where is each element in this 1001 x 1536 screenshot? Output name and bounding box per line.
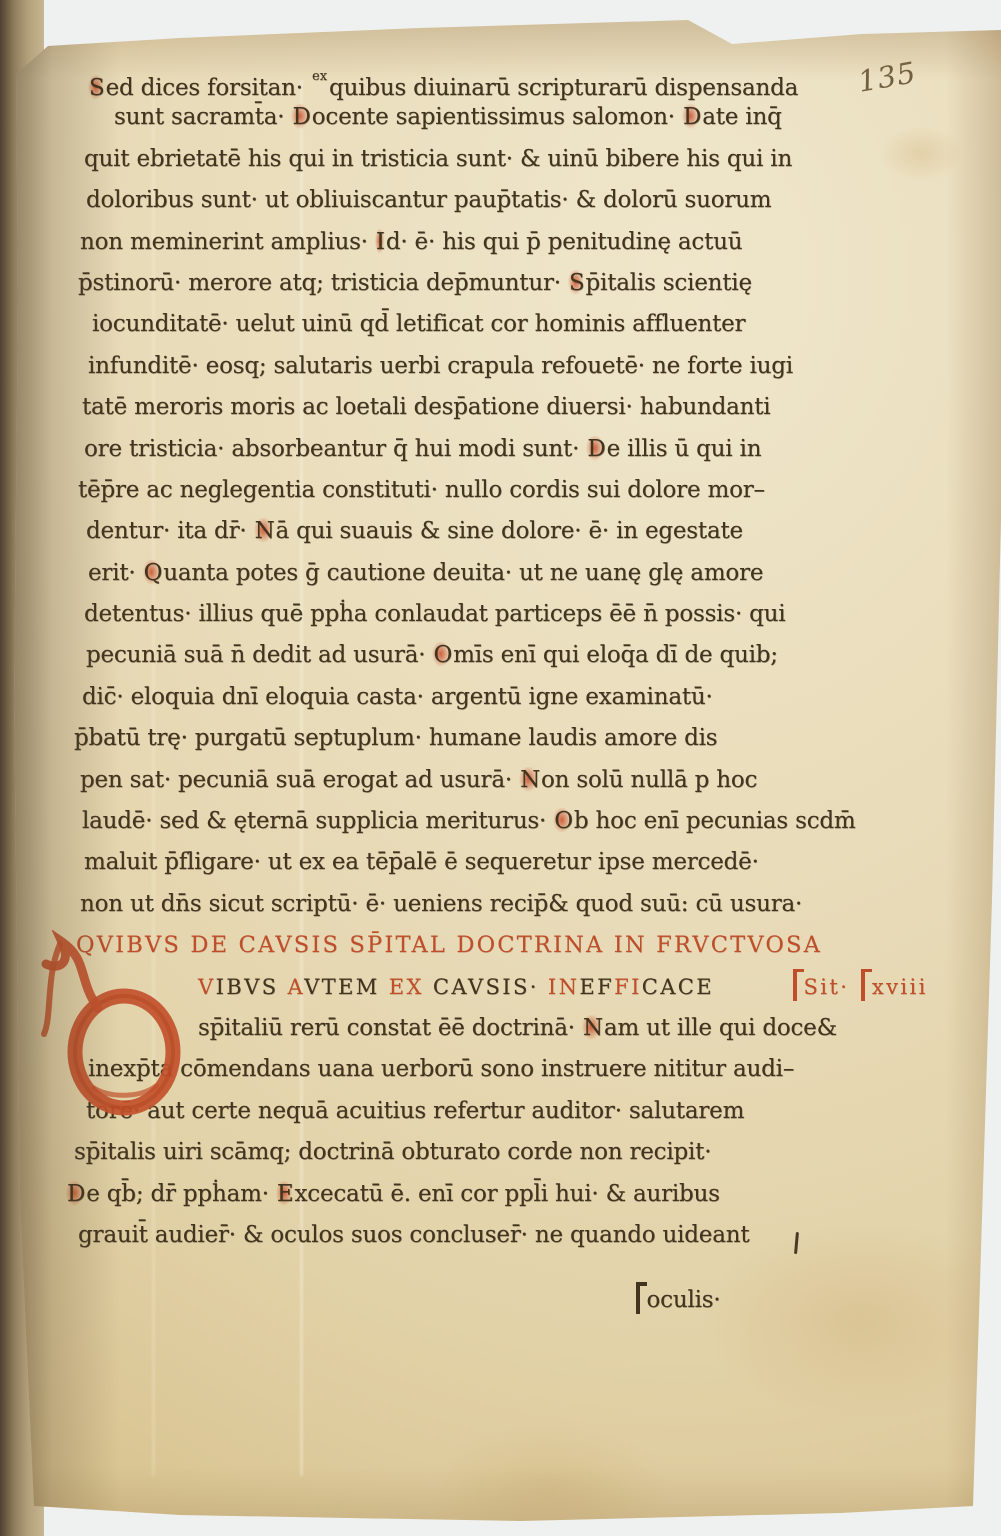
- line-09: tatē meroris moris ac loetali desp̄ation…: [82, 387, 848, 428]
- line-06: p̄stinorū· merore atq; tristicia dep̄mun…: [78, 263, 848, 304]
- body-text: EF: [579, 975, 614, 999]
- body-text: infunditē· eosq; salutaris uerbi crapula…: [88, 353, 793, 379]
- line-17: p̄batū trę· purgatū septuplum· humane la…: [74, 718, 848, 759]
- rubricated-capital: Q: [143, 560, 164, 586]
- rubric-text: A: [288, 975, 305, 999]
- rubricated-capital: E: [276, 1181, 295, 1207]
- body-text: on solū nullā p hoc: [541, 767, 757, 793]
- rubricated-capital: O: [432, 642, 453, 668]
- body-text: pecuniā suā n̄ dedit ad usurā·: [86, 642, 432, 668]
- body-text: grauit̄ audier̄· & oculos suos concluser…: [78, 1222, 749, 1248]
- rubricated-capital: N: [519, 767, 541, 793]
- body-text: tatē meroris moris ac loetali desp̄ation…: [82, 394, 770, 420]
- body-text: non ut dn̄s sicut scriptū· ē· ueniens re…: [80, 891, 802, 917]
- line-16: dic̄· eloquia dnī eloquia casta· argentū…: [82, 677, 848, 718]
- line-02: sunt sacramt̄a· Docente sapientissimus s…: [114, 97, 848, 138]
- line-19: laudē· sed & ęternā supplicia meriturus·…: [82, 801, 848, 842]
- line-15: pecuniā suā n̄ dedit ad usurā· Omīs enī …: [86, 635, 848, 676]
- rubricated-capital: S: [568, 270, 586, 296]
- parchment-page: 135 Sed dices forsitan· exquibus diuinar…: [0, 0, 1001, 1536]
- body-text: xcecatū ē. enī cor ppl̄i hui· & auribus: [295, 1181, 720, 1207]
- rubricated-capital: D: [66, 1181, 86, 1207]
- body-text: dentur· ita dr̄·: [86, 518, 254, 544]
- body-text: d· ē· his qui p̄ penitudinę actuū: [386, 229, 743, 255]
- body-text: p̄batū trę· purgatū septuplum· humane la…: [74, 725, 717, 751]
- line-08: infunditē· eosq; salutaris uerbi crapula…: [88, 346, 848, 387]
- folio-number: 135: [855, 55, 918, 99]
- line-14: detentus· illius quē ppḣa conlaudat part…: [84, 594, 848, 635]
- body-text: pen sat· pecuniā suā erogat ad usurā·: [80, 767, 519, 793]
- body-text: detentus· illius quē ppḣa conlaudat part…: [84, 601, 785, 627]
- body-text: quit ebrietatē his qui in tristicia sunt…: [84, 146, 792, 172]
- body-text: oculis·: [647, 1287, 721, 1313]
- rubric-text: FI: [614, 975, 642, 999]
- body-text: VTEM: [304, 975, 389, 999]
- line-05: non meminerint amplius· Id· ē· his qui p…: [80, 222, 848, 263]
- body-text: p̄stinorū· merore atq; tristicia dep̄mun…: [78, 270, 568, 296]
- line-07: iocunditatē· uelut uinū qd̄ letificat co…: [92, 304, 848, 345]
- body-text: erit·: [88, 560, 143, 586]
- line-28: De qb̄; dr̄ ppḣam· Excecatū ē. enī cor p…: [66, 1174, 848, 1215]
- rubric-text: Sit·: [804, 975, 859, 999]
- rubric-text: xviii: [872, 975, 928, 999]
- line-18: pen sat· pecuniā suā erogat ad usurā· No…: [80, 760, 848, 801]
- line-13: erit· Quanta potes ḡ cautione deuita· ut…: [88, 553, 848, 594]
- line-29: grauit̄ audier̄· & oculos suos concluser…: [78, 1215, 848, 1256]
- line-01: Sed dices forsitan· exquibus diuinarū sc…: [88, 56, 848, 97]
- bracket-mark: [861, 970, 865, 1001]
- body-text: ate inq̄: [702, 104, 781, 130]
- body-text: CAVSIS·: [433, 975, 548, 999]
- rubricated-capital: N: [254, 518, 276, 544]
- rubricated-capital: D: [586, 436, 606, 462]
- rubricated-capital: S: [88, 75, 106, 101]
- line-12: dentur· ita dr̄· Nā qui suauis & sine do…: [86, 511, 848, 552]
- line-21: non ut dn̄s sicut scriptū· ē· ueniens re…: [80, 884, 848, 925]
- body-text: am ut ille qui doce&: [604, 1015, 837, 1041]
- catchword-line: oculis·: [633, 1280, 848, 1321]
- body-text: dic̄· eloquia dnī eloquia casta· argentū…: [82, 684, 713, 710]
- body-text: tēp̄re ac neglegentia constituti· nullo …: [78, 477, 765, 503]
- body-text: maluit p̄fligare· ut ex ea tēp̄alē ē seq…: [84, 849, 759, 875]
- line-10: ore tristicia· absorbeantur q̄ hui modi …: [84, 429, 848, 470]
- body-text: ā qui suauis & sine dolore· ē· in egesta…: [276, 518, 743, 544]
- line-04: doloribus sunt· ut obliuiscantur paup̄ta…: [86, 180, 848, 221]
- body-text: ex: [312, 69, 327, 84]
- body-text: e illis ū qui in: [607, 436, 762, 462]
- manuscript-scan: 135 Sed dices forsitan· exquibus diuinar…: [0, 0, 1001, 1536]
- rubricated-capital: O: [553, 808, 574, 834]
- chapter-line: VIBVS AVTEM EX CAVSIS· INEFFICACESit· xv…: [198, 967, 848, 1008]
- line-27: sp̄italis uiri scāmq; doctrinā obturato …: [74, 1132, 848, 1173]
- body-text: IBVS: [216, 975, 288, 999]
- body-text: b hoc enī pecunias scdm̄: [574, 808, 856, 834]
- line-20: maluit p̄fligare· ut ex ea tēp̄alē ē seq…: [84, 842, 848, 883]
- body-text: p̄italis scientię: [586, 270, 752, 296]
- body-text: ocente sapientissimus salomon·: [312, 104, 682, 130]
- rubricated-capital: N: [582, 1015, 604, 1041]
- line-24: sp̄italiū rerū constat ēē doctrinā· Nam …: [198, 1008, 848, 1049]
- body-text: uanta potes ḡ cautione deuita· ut ne uan…: [163, 560, 763, 586]
- body-text: CACE: [642, 975, 714, 999]
- rubric-text: IN: [548, 975, 579, 999]
- bracket-mark: [793, 970, 797, 1001]
- rubricated-capital: D: [682, 104, 702, 130]
- body-text: mīs enī qui eloq̄a dī de quib;: [453, 642, 778, 668]
- body-text: e qb̄; dr̄ ppḣam·: [86, 1181, 276, 1207]
- body-text: doloribus sunt· ut obliuiscantur paup̄ta…: [86, 187, 771, 213]
- rubricated-capital: D: [291, 104, 311, 130]
- rubricated-capital: I: [375, 229, 386, 255]
- body-text: sunt sacramt̄a·: [114, 104, 291, 130]
- decorated-initial-q: [36, 930, 206, 1130]
- body-text: laudē· sed & ęternā supplicia meriturus·: [82, 808, 553, 834]
- line-11: tēp̄re ac neglegentia constituti· nullo …: [78, 470, 848, 511]
- body-text: non meminerint amplius·: [80, 229, 375, 255]
- text-block: Sed dices forsitan· exquibus diuinarū sc…: [88, 56, 848, 1322]
- bracket-mark: [636, 1283, 640, 1314]
- rubric-text: EX: [389, 975, 433, 999]
- body-text: sp̄italis uiri scāmq; doctrinā obturato …: [74, 1139, 711, 1165]
- body-text: sp̄italiū rerū constat ēē doctrinā·: [198, 1015, 582, 1041]
- body-text: ore tristicia· absorbeantur q̄ hui modi …: [84, 436, 586, 462]
- line-03: quit ebrietatē his qui in tristicia sunt…: [84, 139, 848, 180]
- body-text: iocunditatē· uelut uinū qd̄ letificat co…: [92, 311, 745, 337]
